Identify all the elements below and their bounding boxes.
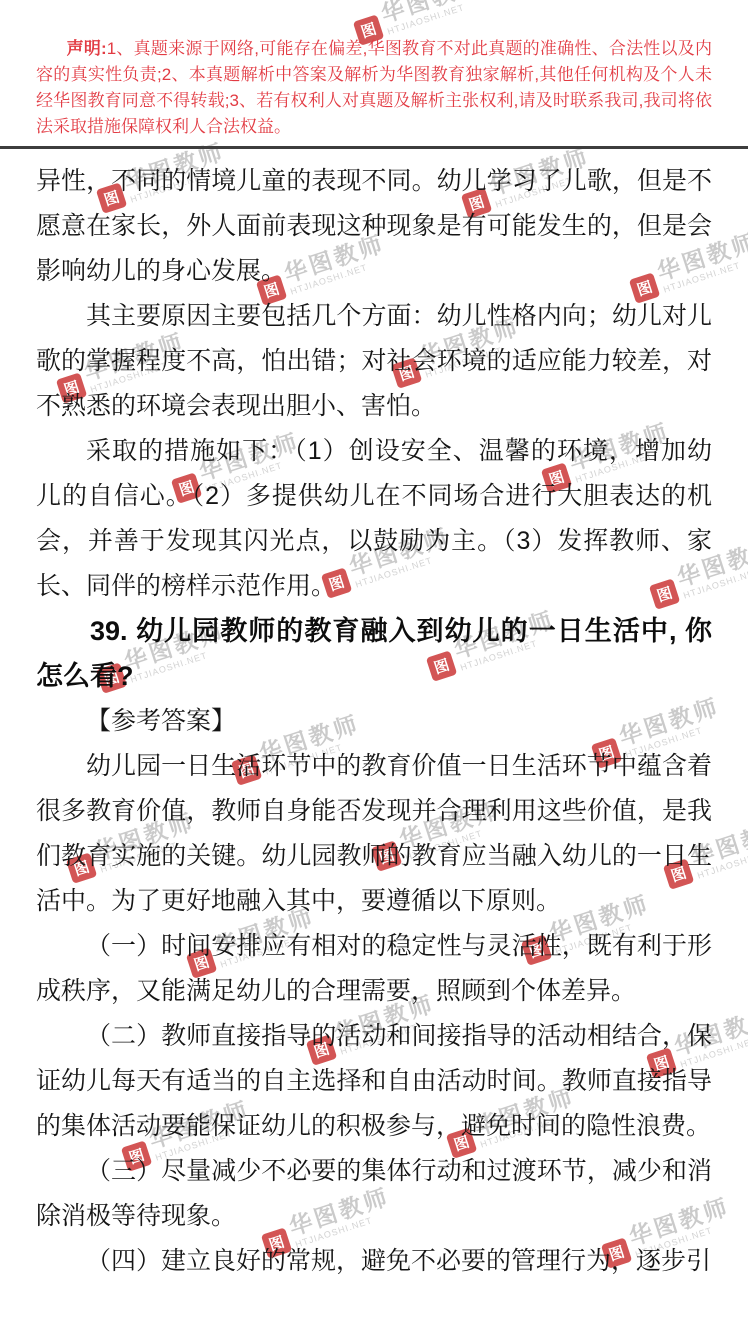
paragraph-reasons: 其主要原因主要包括几个方面：幼儿性格内向；幼儿对儿歌的掌握程度不高，怕出错；对社… [36,294,712,429]
paragraph-intro: 幼儿园一日生活环节中的教育价值一日生活环节中蕴含着很多教育价值，教师自身能否发现… [36,744,712,924]
paragraph-continuation: 异性，不同的情境儿童的表现不同。幼儿学习了儿歌，但是不愿意在家长，外人面前表现这… [36,159,712,294]
watermark-url-text: HTJIAOSHI.NET [386,0,488,37]
principle-2: （二）教师直接指导的活动和间接指导的活动相结合，保证幼儿每天有适当的自主选择和自… [36,1014,712,1149]
disclaimer: 声明:1、真题来源于网络,可能存在偏差,华图教育不对此真题的准确性、合法性以及内… [36,36,712,140]
principle-3: （三）尽量减少不必要的集体行动和过渡环节，减少和消除消极等待现象。 [36,1149,712,1239]
disclaimer-label: 声明: [67,39,107,58]
watermark-textcol: 华图教师HTJIAOSHI.NET [379,0,488,37]
page-content: 声明:1、真题来源于网络,可能存在偏差,华图教育不对此真题的准确性、合法性以及内… [0,36,748,1284]
principle-1: （一）时间安排应有相对的稳定性与灵活性，既有利于形成秩序，又能满足幼儿的合理需要… [36,924,712,1014]
reference-answer-label: 【参考答案】 [36,699,712,744]
divider-rule [0,146,748,149]
document-page: 图华图教师HTJIAOSHI.NET图华图教师HTJIAOSHI.NET图华图教… [0,0,748,1335]
question-39-heading: 39. 幼儿园教师的教育融入到幼儿的一日生活中, 你怎么看? [36,609,712,699]
principle-4: （四）建立良好的常规，避免不必要的管理行为，逐步引 [36,1239,712,1284]
answer-body: 异性，不同的情境儿童的表现不同。幼儿学习了儿歌，但是不愿意在家长，外人面前表现这… [36,159,712,1284]
paragraph-measures: 采取的措施如下：（1）创设安全、温馨的环境，增加幼儿的自信心。（2）多提供幼儿在… [36,429,712,609]
watermark-brand-text: 华图教师 [379,0,485,26]
disclaimer-text: 1、真题来源于网络,可能存在偏差,华图教育不对此真题的准确性、合法性以及内容的真… [36,39,712,136]
